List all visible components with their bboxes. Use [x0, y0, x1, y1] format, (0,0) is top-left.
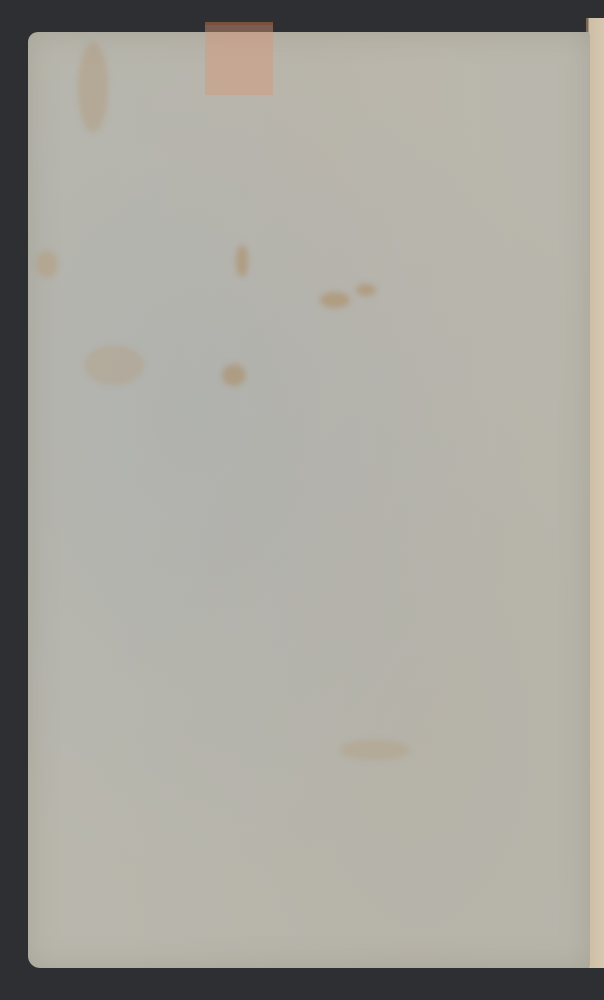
stain-mark [222, 364, 246, 386]
stain-mark [84, 345, 144, 385]
stain-mark [36, 250, 58, 278]
stain-mark [320, 292, 350, 308]
blank-page [28, 32, 590, 968]
stain-mark [356, 284, 376, 296]
red-seal-mark [205, 22, 273, 95]
stain-mark [236, 245, 248, 277]
stain-mark [78, 42, 108, 132]
stain-mark [340, 740, 410, 760]
